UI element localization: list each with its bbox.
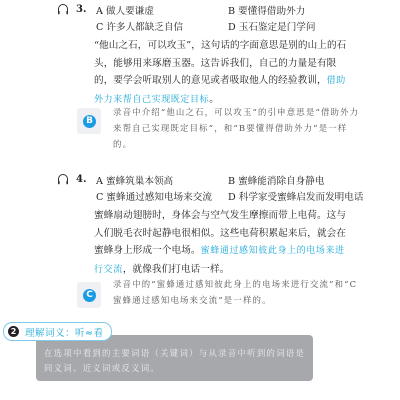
headphones-icon[interactable] — [57, 3, 69, 15]
question-number: 4. — [76, 174, 86, 185]
option-a[interactable]: A 做人要谦虚 — [96, 3, 154, 17]
option-d[interactable]: D 科学家受蜜蜂启发而发明电话 — [228, 189, 363, 203]
explanation-end: 。 — [209, 94, 219, 105]
option-b[interactable]: B 要懂得借助外力 — [228, 3, 305, 17]
explanation-end: ，就像我们打电话一样。 — [123, 264, 230, 275]
headphones-icon[interactable] — [57, 173, 69, 185]
section-number: 2 — [8, 326, 19, 337]
explanation-text: “他山之石，可以攻玉”，这句话的字面意思是别的山上的石头，能够用来琢磨玉器。这告… — [94, 40, 346, 86]
option-d[interactable]: D 玉石鉴定是门学问 — [228, 19, 316, 33]
answer-note: 录音中的“蜜蜂通过感知彼此身上的电场来进行交流”和“C蜜蜂通过感知电场来交流”是… — [113, 276, 363, 308]
option-c[interactable]: C 许多人都缺乏自信 — [96, 19, 183, 33]
question-number: 3. — [76, 4, 86, 15]
answer-badge: B — [83, 115, 96, 128]
section-tag: 2 理解词义：听≈看 — [3, 322, 112, 341]
option-b[interactable]: B 蜜蜂能消除自身静电 — [228, 173, 324, 187]
explanation-paragraph: “他山之石，可以攻玉”，这句话的字面意思是别的山上的石头，能够用来琢磨玉器。这告… — [94, 37, 354, 109]
option-a[interactable]: A 蜜蜂筑巢本领高 — [96, 173, 173, 187]
explanation-paragraph: 蜜蜂扇动翅膀时，身体会与空气发生摩擦而带上电荷。这与人们脱毛衣时起静电很相似。这… — [94, 207, 354, 279]
answer-badge: C — [83, 289, 96, 302]
answer-note: 录音中介绍“他山之石，可以攻玉“的引申意思是“借助外力来帮自己实现既定目标”，和… — [113, 104, 363, 152]
option-c[interactable]: C 蜜蜂通过感知电场来交流 — [96, 189, 212, 203]
tip-text: 在选项中看到的主要词语（关键词）与从录音中听到的词语是同义词、近义词或反义词。 — [44, 346, 306, 376]
section-title: 理解词义：听≈看 — [25, 325, 103, 339]
